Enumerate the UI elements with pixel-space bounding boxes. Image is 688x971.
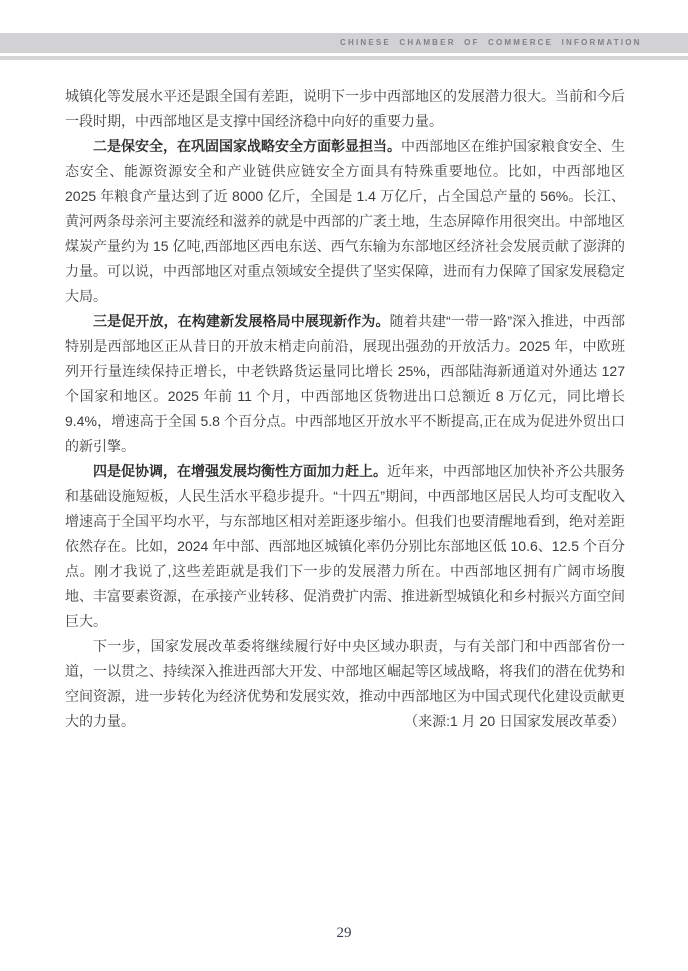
paragraph-text: 中西部地区在维护国家粮食安全、生态安全、能源资源安全和产业链供应链安全方面具有特…: [65, 138, 625, 304]
paragraph-4: 四是促协调，在增强发展均衡性方面加力赶上。近年来，中西部地区加快补齐公共服务和基…: [65, 459, 625, 634]
paragraph-2: 二是保安全，在巩固国家战略安全方面彰显担当。中西部地区在维护国家粮食安全、生态安…: [65, 134, 625, 309]
header-banner-text: CHINESE CHAMBER OF COMMERCE INFORMATION: [340, 33, 642, 53]
paragraph-lead: 四是促协调，在增强发展均衡性方面加力赶上。: [93, 463, 387, 479]
paragraph-text: 城镇化等发展水平还是跟全国有差距，说明下一步中西部地区的发展潜力很大。当前和今后…: [65, 88, 625, 129]
article-body: 城镇化等发展水平还是跟全国有差距，说明下一步中西部地区的发展潜力很大。当前和今后…: [65, 84, 625, 734]
document-page: CHINESE CHAMBER OF COMMERCE INFORMATION …: [0, 0, 688, 971]
header-banner-bar: CHINESE CHAMBER OF COMMERCE INFORMATION: [0, 33, 688, 53]
paragraph-text: 近年来，中西部地区加快补齐公共服务和基础设施短板，人民生活水平稳步提升。“十四五…: [65, 463, 625, 629]
paragraph-3: 三是促开放，在构建新发展格局中展现新作为。随着共建“一带一路”深入推进，中西部特…: [65, 309, 625, 459]
paragraph-text: 随着共建“一带一路”深入推进，中西部特别是西部地区正从昔日的开放末梢走向前沿，展…: [65, 313, 625, 454]
paragraph-5: 下一步，国家发展改革委将继续履行好中央区域办职责，与有关部门和中西部省份一道，一…: [65, 634, 625, 734]
paragraph-1: 城镇化等发展水平还是跟全国有差距，说明下一步中西部地区的发展潜力很大。当前和今后…: [65, 84, 625, 134]
header-underline: [0, 56, 688, 60]
paragraph-lead: 三是促开放，在构建新发展格局中展现新作为。: [93, 313, 390, 329]
paragraph-lead: 二是保安全，在巩固国家战略安全方面彰显担当。: [93, 138, 401, 154]
source-attribution: （来源:1 月 20 日国家发展改革委）: [376, 709, 625, 734]
page-number: 29: [0, 925, 688, 942]
